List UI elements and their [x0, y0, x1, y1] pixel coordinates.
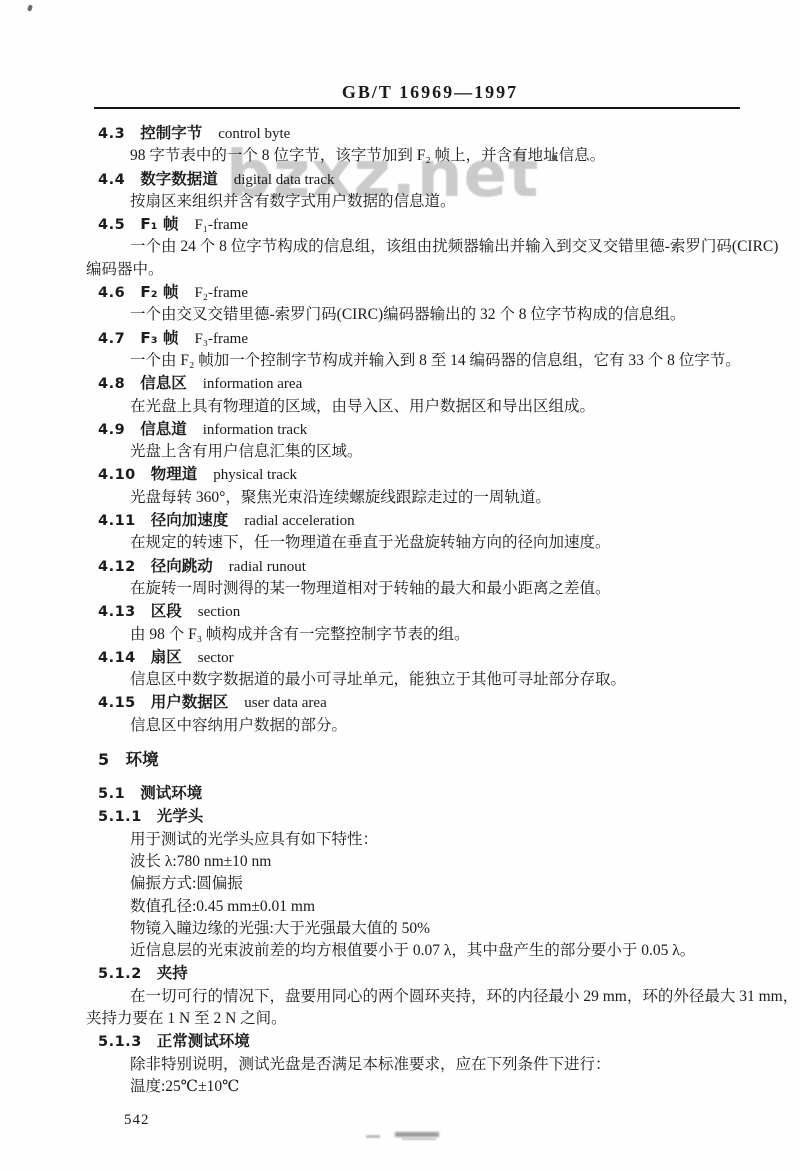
definitions-list: 4.3控制字节control byte 98 字节表中的一个 8 位字节，该字节…	[86, 122, 740, 737]
definition-heading: 4.10物理道physical track	[86, 463, 740, 486]
definition-4-6: 4.6F₂ 帧F₂-frame 一个由交叉交错里德-索罗门码(CIRC)编码器输…	[86, 281, 740, 327]
section-5-heading: 5环境	[98, 747, 740, 773]
term-chinese: 物理道	[151, 465, 198, 483]
definition-heading: 4.4数字数据道digital data track	[86, 168, 740, 191]
term-english: radial acceleration	[244, 513, 354, 529]
clause-number: 5.1.1	[98, 809, 142, 825]
spec-line-wavefront: 近信息层的光束波前差的均方根值要小于 0.07 λ，其中盘产生的部分要小于 0.…	[86, 940, 740, 962]
definition-4-15: 4.15用户数据区user data area 信息区中容纳用户数据的部分。	[86, 691, 740, 737]
term-english: physical track	[213, 467, 297, 483]
definition-4-13: 4.13区段section 由 98 个 F₃ 帧构成并含有一完整控制字节表的组…	[86, 600, 740, 646]
term-english: digital data track	[234, 172, 335, 188]
definition-4-9: 4.9信息道information track 光盘上含有用户信息汇集的区域。	[86, 418, 740, 464]
clause-number: 4.13	[98, 604, 136, 620]
subsection-5-1-2-heading: 5.1.2夹持	[86, 962, 740, 985]
definition-heading: 4.14扇区sector	[86, 646, 740, 669]
definition-body-line: 按扇区来组织并含有数字式用户数据的信息道。	[86, 191, 740, 213]
subsection-5-1-heading: 5.1测试环境	[86, 782, 740, 805]
term-english: F₂-frame	[194, 285, 248, 301]
term-english: information area	[203, 376, 303, 392]
clamping-body-line: 在一切可行的情况下，盘要用同心的两个圆环夹持，环的内径最小 29 mm，环的外径…	[86, 986, 740, 1008]
definition-heading: 4.5F₁ 帧F₁-frame	[86, 213, 740, 236]
clause-number: 4.14	[98, 650, 136, 666]
term-english: radial runout	[229, 559, 306, 575]
clause-number: 5.1	[98, 786, 125, 802]
definition-heading: 4.12径向跳动radial runout	[86, 555, 740, 578]
term-english: user data area	[244, 695, 326, 711]
definition-4-12: 4.12径向跳动radial runout 在旋转一周时测得的某一物理道相对于转…	[86, 555, 740, 601]
term-chinese: 信息道	[140, 420, 187, 438]
temperature-line: 温度:25℃±10℃	[86, 1076, 740, 1098]
subsection-title: 正常测试环境	[157, 1032, 250, 1050]
definition-4-10: 4.10物理道physical track 光盘每转 360°，聚焦光束沿连续螺…	[86, 463, 740, 509]
definition-heading: 4.11径向加速度radial acceleration	[86, 509, 740, 532]
clause-number: 4.3	[98, 126, 125, 142]
clause-number: 4.9	[98, 422, 125, 438]
definition-body-line: 光盘每转 360°，聚焦光束沿连续螺旋线跟踪走过的一周轨道。	[86, 487, 740, 509]
definition-4-5: 4.5F₁ 帧F₁-frame 一个由 24 个 8 位字节构成的信息组，该组由…	[86, 213, 740, 281]
term-chinese: 控制字节	[140, 124, 202, 142]
definition-body-line: 在旋转一周时测得的某一物理道相对于转轴的最大和最小距离之差值。	[86, 578, 740, 600]
clause-number: 4.4	[98, 172, 125, 188]
definition-heading: 4.15用户数据区user data area	[86, 691, 740, 714]
spec-line: 用于测试的光学头应具有如下特性：	[86, 829, 740, 851]
test-condition-line: 除非特别说明，测试光盘是否满足本标准要求，应在下列条件下进行：	[86, 1054, 740, 1076]
spec-line-numerical-aperture: 数值孔径:0.45 mm±0.01 mm	[86, 896, 740, 918]
clause-number: 4.7	[98, 331, 125, 347]
definition-body-line: 一个由 24 个 8 位字节构成的信息组，该组由扰频器输出并输入到交叉交错里德-…	[86, 236, 740, 258]
definition-heading: 4.3控制字节control byte	[86, 122, 740, 145]
definition-4-7: 4.7F₃ 帧F₃-frame 一个由 F₂ 帧加一个控制字节构成并输入到 8 …	[86, 327, 740, 373]
clause-number: 4.12	[98, 559, 136, 575]
clause-number: 5.1.2	[98, 966, 142, 982]
term-english: F₁-frame	[194, 217, 248, 233]
definition-body-line: 在光盘上具有物理道的区域，由导入区、用户数据区和导出区组成。	[86, 396, 740, 418]
clause-number: 4.6	[98, 285, 125, 301]
definition-4-11: 4.11径向加速度radial acceleration 在规定的转速下，任一物…	[86, 509, 740, 555]
clause-number: 5.1.3	[98, 1034, 142, 1050]
definition-heading: 4.8信息区information area	[86, 372, 740, 395]
clause-number: 4.5	[98, 217, 125, 233]
term-chinese: F₃ 帧	[140, 329, 178, 347]
definition-4-8: 4.8信息区information area 在光盘上具有物理道的区域，由导入区…	[86, 372, 740, 418]
clause-number: 4.8	[98, 376, 125, 392]
spec-line-polarization: 偏振方式:圆偏振	[86, 873, 740, 895]
scan-artifact-smudge	[366, 1135, 380, 1138]
definition-body-line: 编码器中。	[86, 259, 740, 281]
definition-heading: 4.13区段section	[86, 600, 740, 623]
definition-body-line: 一个由 F₂ 帧加一个控制字节构成并输入到 8 至 14 编码器的信息组，它有 …	[86, 350, 740, 372]
clause-number: 4.11	[98, 513, 136, 529]
term-chinese: F₁ 帧	[140, 215, 178, 233]
definition-4-3: 4.3控制字节control byte 98 字节表中的一个 8 位字节，该字节…	[86, 122, 740, 168]
term-english: F₃-frame	[194, 331, 248, 347]
term-chinese: 用户数据区	[151, 693, 229, 711]
definition-body-line: 一个由交叉交错里德-索罗门码(CIRC)编码器输出的 32 个 8 位字节构成的…	[86, 304, 740, 326]
term-chinese: 区段	[151, 602, 182, 620]
definition-heading: 4.7F₃ 帧F₃-frame	[86, 327, 740, 350]
clause-number: 4.15	[98, 695, 136, 711]
term-english: control byte	[218, 126, 290, 142]
term-english: section	[198, 604, 241, 620]
term-chinese: 数字数据道	[140, 170, 218, 188]
subsection-5-1-1-heading: 5.1.1光学头	[86, 805, 740, 828]
spec-line-intensity: 物镜入瞳边缘的光强:大于光强最大值的 50%	[86, 918, 740, 940]
term-chinese: 信息区	[140, 374, 187, 392]
spec-line-wavelength: 波长 λ:780 nm±10 nm	[86, 851, 740, 873]
header-rule	[94, 107, 740, 109]
term-english: information track	[203, 422, 308, 438]
definition-body-line: 信息区中容纳用户数据的部分。	[86, 715, 740, 737]
scan-artifact-smudge	[402, 1138, 436, 1140]
section-5-environment: 5环境 5.1测试环境 5.1.1光学头 用于测试的光学头应具有如下特性： 波长…	[86, 747, 740, 1098]
standard-code-header: GB/T 16969—1997	[86, 82, 740, 102]
term-chinese: 径向跳动	[151, 557, 213, 575]
definition-body-line: 光盘上含有用户信息汇集的区域。	[86, 441, 740, 463]
definition-body-line: 信息区中数字数据道的最小可寻址单元，能独立于其他可寻址部分存取。	[86, 669, 740, 691]
definition-4-4: 4.4数字数据道digital data track 按扇区来组织并含有数字式用…	[86, 168, 740, 214]
subsection-title: 光学头	[157, 807, 204, 825]
document-page: GB/T 16969—1997 4.3控制字节control byte 98 字…	[0, 0, 800, 1129]
term-chinese: 扇区	[151, 648, 182, 666]
term-chinese: F₂ 帧	[140, 283, 178, 301]
definition-body-line: 在规定的转速下，任一物理道在垂直于光盘旋转轴方向的径向加速度。	[86, 532, 740, 554]
clause-number: 5	[98, 750, 110, 769]
term-english: sector	[198, 650, 234, 666]
scan-artifact-smudge	[395, 1132, 439, 1137]
term-chinese: 径向加速度	[151, 511, 229, 529]
definition-4-14: 4.14扇区sector 信息区中数字数据道的最小可寻址单元，能独立于其他可寻址…	[86, 646, 740, 692]
definition-body-line: 由 98 个 F₃ 帧构成并含有一完整控制字节表的组。	[86, 624, 740, 646]
definition-body-line: 98 字节表中的一个 8 位字节，该字节加到 F₂ 帧上，并含有地址信息。	[86, 145, 740, 167]
subsection-title: 测试环境	[140, 784, 202, 802]
clause-number: 4.10	[98, 467, 136, 483]
section-title: 环境	[126, 750, 159, 769]
definition-heading: 4.9信息道information track	[86, 418, 740, 441]
clamping-body-line: 夹持力要在 1 N 至 2 N 之间。	[86, 1008, 740, 1030]
definition-heading: 4.6F₂ 帧F₂-frame	[86, 281, 740, 304]
subsection-title: 夹持	[157, 964, 188, 982]
scan-artifact-dot	[552, 155, 557, 160]
page-number: 542	[124, 1112, 740, 1129]
subsection-5-1-3-heading: 5.1.3正常测试环境	[86, 1030, 740, 1053]
